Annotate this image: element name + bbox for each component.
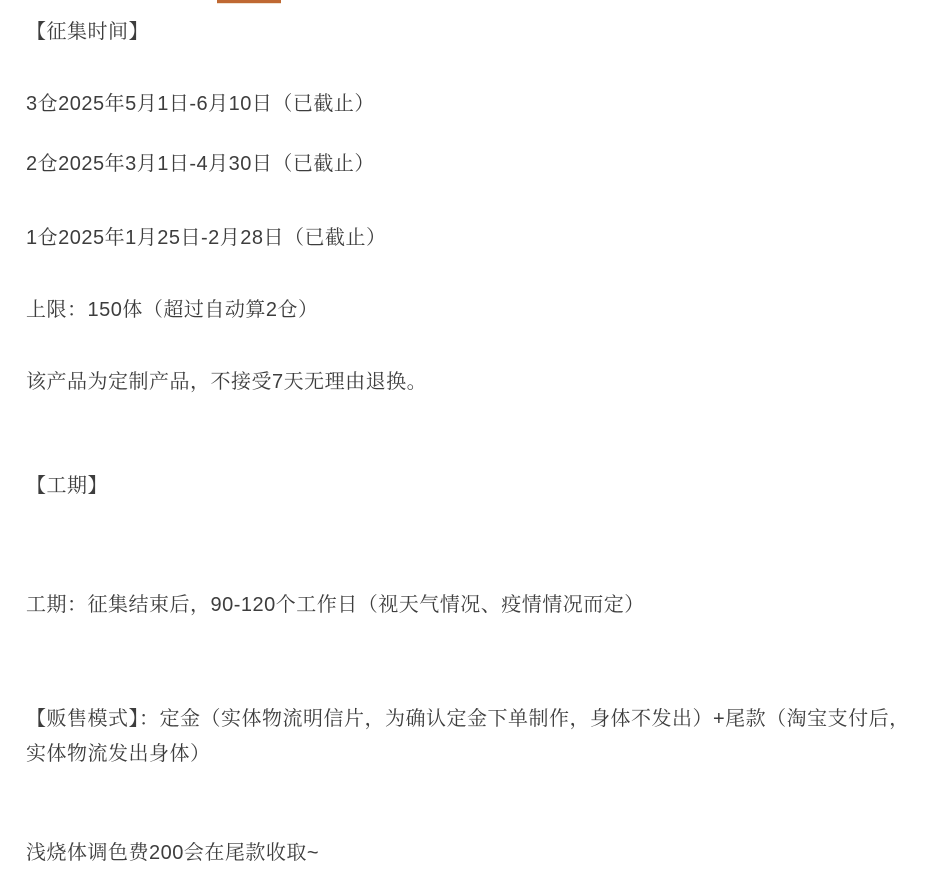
sales-mode-paragraph: 【贩售模式】：定金（实体物流明信片，为确认定金下单制作，身体不发出）+尾款（淘宝… xyxy=(26,702,929,772)
color-fee-line: 浅烧体调色费200会在尾款收取~ xyxy=(26,836,929,871)
collection-time-heading: 【征集时间】 xyxy=(26,15,929,50)
batch1-period-line: 1仓2025年1月25日-2月28日（已截止） xyxy=(26,221,929,256)
custom-product-notice: 该产品为定制产品，不接受7天无理由退换。 xyxy=(26,365,929,400)
sales-mode-line1: 【贩售模式】：定金（实体物流明信片，为确认定金下单制作，身体不发出）+尾款（淘宝… xyxy=(26,702,929,737)
order-limit-line: 上限：150体（超过自动算2仓） xyxy=(26,293,929,328)
batch2-period-line: 2仓2025年3月1日-4月30日（已截止） xyxy=(26,147,929,182)
orange-divider-fragment xyxy=(217,0,281,4)
work-period-line: 工期：征集结束后，90-120个工作日（视天气情况、疫情情况而定） xyxy=(26,588,929,623)
product-description-page: 【征集时间】 3仓2025年5月1日-6月10日（已截止） 2仓2025年3月1… xyxy=(0,0,949,871)
work-period-heading: 【工期】 xyxy=(26,469,929,504)
batch3-period-line: 3仓2025年5月1日-6月10日（已截止） xyxy=(26,87,929,122)
sales-mode-line2: 实体物流发出身体） xyxy=(26,737,929,772)
